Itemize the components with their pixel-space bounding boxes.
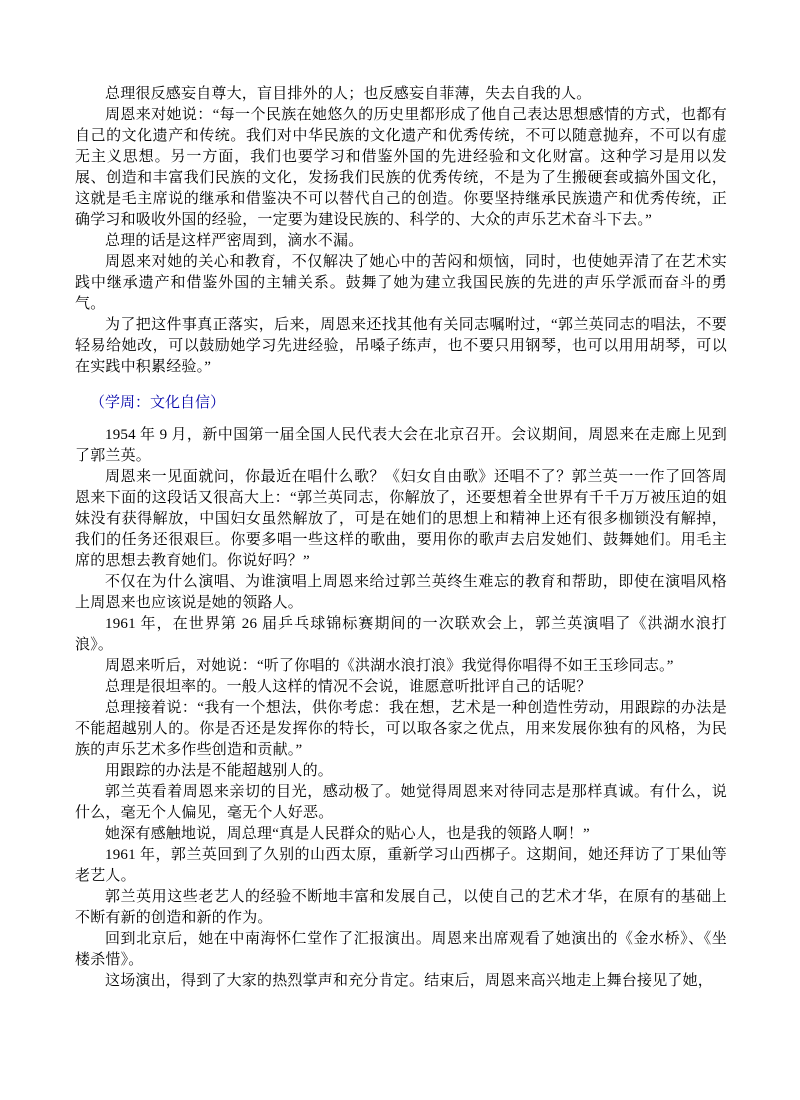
body-paragraph: 周恩来一见面就问，你最近在唱什么歌？《妇女自由歌》还唱不了？郭兰英一一作了回答周… bbox=[75, 467, 727, 572]
body-paragraph: 总理接着说：“我有一个想法，供你考虑：我在想，艺术是一种创造性劳动，用跟踪的办法… bbox=[75, 698, 727, 761]
body-paragraph: 周恩来对她的关心和教育，不仅解决了她心中的苦闷和烦恼，同时，也使她弄清了在艺术实… bbox=[75, 252, 727, 315]
document-page: 总理很反感妄自尊大，盲目排外的人；也反感妄自菲薄，失去自我的人。 周恩来对她说：… bbox=[0, 0, 800, 1100]
section-heading-cultural-confidence: （学周：文化自信） bbox=[75, 393, 727, 414]
body-paragraph: 回到北京后，她在中南海怀仁堂作了汇报演出。周恩来出席观看了她演出的《金水桥》、《… bbox=[75, 929, 727, 971]
body-paragraph: 1961 年，在世界第 26 届乒乓球锦标赛期间的一次联欢会上，郭兰英演唱了《洪… bbox=[75, 614, 727, 656]
body-paragraph: 总理是很坦率的。一般人这样的情况不会说，谁愿意听批评自己的话呢？ bbox=[75, 677, 727, 698]
body-paragraph: 周恩来对她说：“每一个民族在她悠久的历史里都形成了他自己表达思想感情的方式，也都… bbox=[75, 105, 727, 231]
body-paragraph: 总理的话是这样严密周到，滴水不漏。 bbox=[75, 231, 727, 252]
body-paragraph: 她深有感触地说，周总理“真是人民群众的贴心人，也是我的领路人啊！” bbox=[75, 824, 727, 845]
body-paragraph: 周恩来听后，对她说：“听了你唱的《洪湖水浪打浪》我觉得你唱得不如王玉珍同志。” bbox=[75, 656, 727, 677]
body-paragraph: 不仅在为什么演唱、为谁演唱上周恩来给过郭兰英终生难忘的教育和帮助，即使在演唱风格… bbox=[75, 572, 727, 614]
body-paragraph: 郭兰英用这些老艺人的经验不断地丰富和发展自己，以使自己的艺术才华，在原有的基础上… bbox=[75, 887, 727, 929]
body-paragraph: 这场演出，得到了大家的热烈掌声和充分肯定。结束后，周恩来高兴地走上舞台接见了她， bbox=[75, 971, 727, 992]
body-paragraph: 总理很反感妄自尊大，盲目排外的人；也反感妄自菲薄，失去自我的人。 bbox=[75, 84, 727, 105]
body-paragraph: 为了把这件事真正落实，后来，周恩来还找其他有关同志嘱咐过，“郭兰英同志的唱法，不… bbox=[75, 315, 727, 378]
body-paragraph: 1961 年，郭兰英回到了久别的山西太原，重新学习山西梆子。这期间，她还拜访了丁… bbox=[75, 845, 727, 887]
body-paragraph: 1954 年 9 月，新中国第一届全国人民代表大会在北京召开。会议期间，周恩来在… bbox=[75, 425, 727, 467]
body-paragraph: 用跟踪的办法是不能超越别人的。 bbox=[75, 761, 727, 782]
body-paragraph: 郭兰英看着周恩来亲切的目光，感动极了。她觉得周恩来对待同志是那样真诚。有什么，说… bbox=[75, 782, 727, 824]
